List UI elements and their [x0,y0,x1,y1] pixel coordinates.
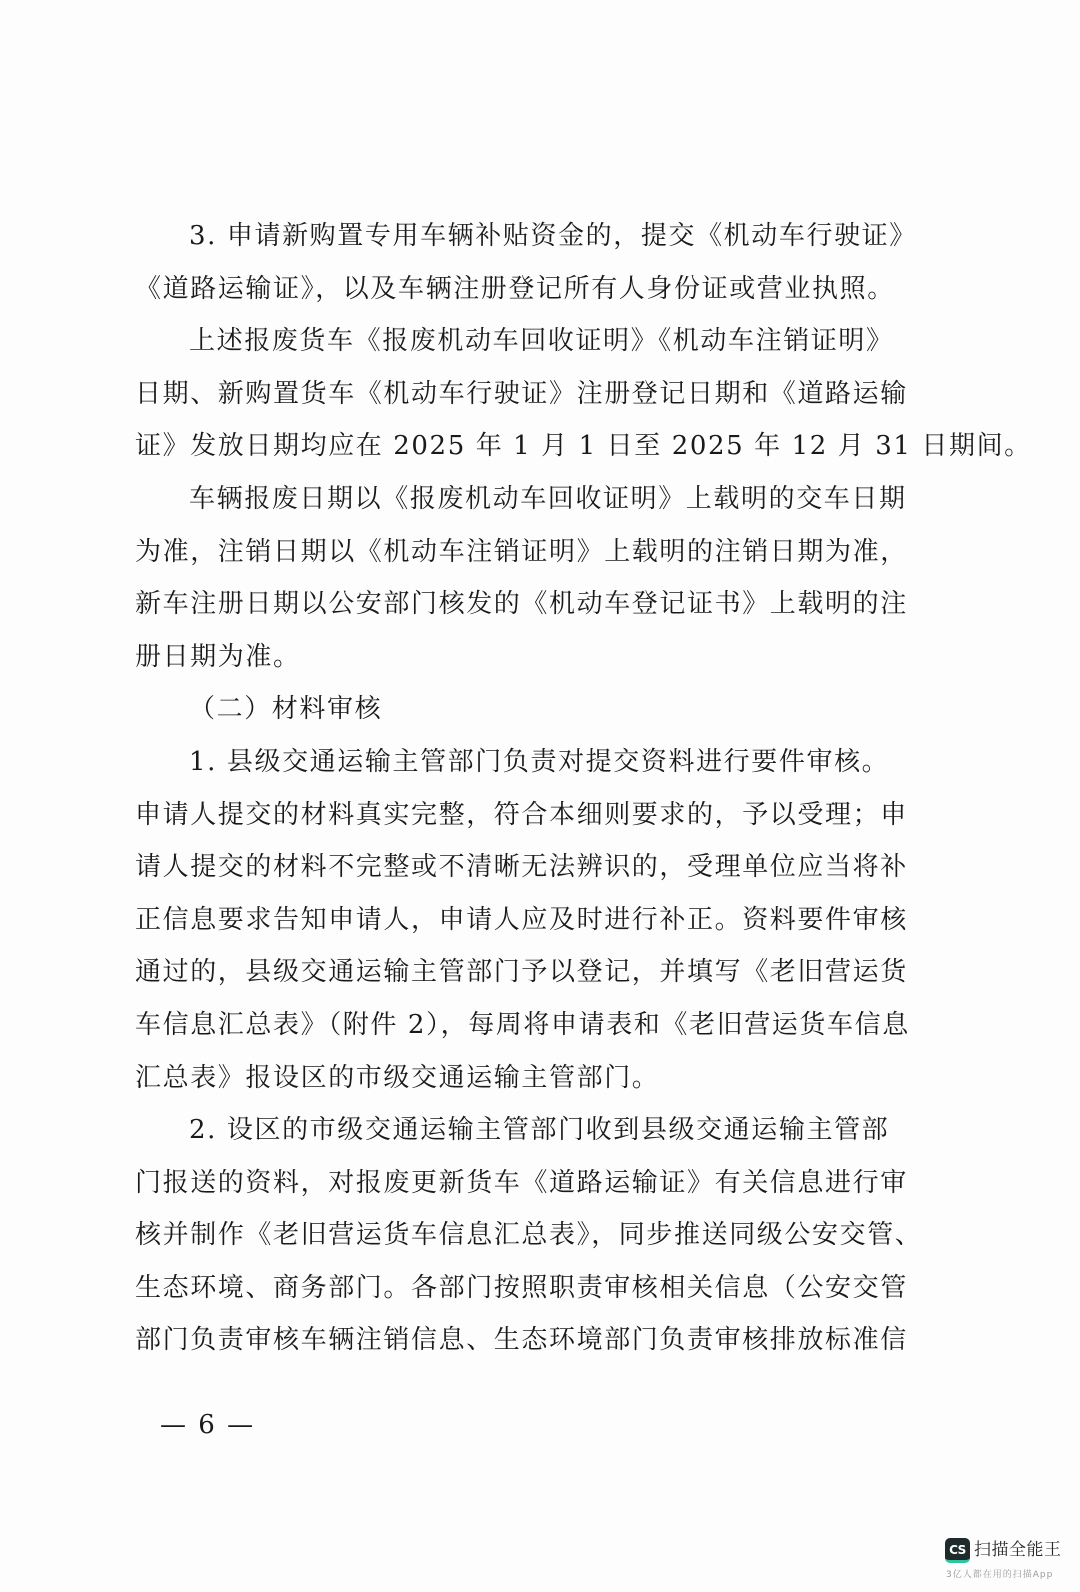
paragraph-line: 申请人提交的材料真实完整，符合本细则要求的，予以受理；申 [135,789,917,842]
paragraph-line: 新车注册日期以公安部门核发的《机动车登记证书》上载明的注 [135,578,917,631]
page-number: — 6 — [160,1410,255,1440]
document-body: 3. 申请新购置专用车辆补贴资金的，提交《机动车行驶证》 《道路运输证》，以及车… [135,210,917,1367]
paragraph-line: 上述报废货车《报废机动车回收证明》《机动车注销证明》 [135,315,917,368]
section-heading: （二）材料审核 [135,683,917,736]
paragraph-line: 3. 申请新购置专用车辆补贴资金的，提交《机动车行驶证》 [135,210,917,263]
paragraph-line: 《道路运输证》，以及车辆注册登记所有人身份证或营业执照。 [135,263,917,316]
paragraph-line: 车辆报废日期以《报废机动车回收证明》上载明的交车日期 [135,473,917,526]
paragraph-line: 证》发放日期均应在 2025 年 1 月 1 日至 2025 年 12 月 31… [135,420,917,473]
document-page: 3. 申请新购置专用车辆补贴资金的，提交《机动车行驶证》 《道路运输证》，以及车… [0,0,1080,1592]
camscanner-logo-icon: CS [945,1538,970,1563]
paragraph-line: 日期、新购置货车《机动车行驶证》注册登记日期和《道路运输 [135,368,917,421]
paragraph-line: 部门负责审核车辆注销信息、生态环境部门负责审核排放标准信 [135,1314,917,1367]
paragraph-line: 生态环境、商务部门。各部门按照职责审核相关信息（公安交管 [135,1262,917,1315]
paragraph-line: 册日期为准。 [135,631,917,684]
paragraph-line: 核并制作《老旧营运货车信息汇总表》，同步推送同级公安交管、 [135,1209,917,1262]
paragraph-line: 2. 设区的市级交通运输主管部门收到县级交通运输主管部 [135,1104,917,1157]
scanner-watermark: CS 扫描全能王 3亿人都在用的扫描App [940,1533,1080,1589]
paragraph-line: 车信息汇总表》（附件 2），每周将申请表和《老旧营运货车信息 [135,999,917,1052]
paragraph-line: 正信息要求告知申请人，申请人应及时进行补正。资料要件审核 [135,894,917,947]
watermark-tagline: 3亿人都在用的扫描App [946,1569,1053,1581]
paragraph-line: 门报送的资料，对报废更新货车《道路运输证》有关信息进行审 [135,1157,917,1210]
paragraph-line: 汇总表》报设区的市级交通运输主管部门。 [135,1052,917,1105]
paragraph-line: 通过的，县级交通运输主管部门予以登记，并填写《老旧营运货 [135,946,917,999]
paragraph-line: 为准，注销日期以《机动车注销证明》上载明的注销日期为准， [135,526,917,579]
paragraph-line: 请人提交的材料不完整或不清晰无法辨识的，受理单位应当将补 [135,841,917,894]
paragraph-line: 1. 县级交通运输主管部门负责对提交资料进行要件审核。 [135,736,917,789]
watermark-app-name: 扫描全能王 [974,1539,1062,1561]
